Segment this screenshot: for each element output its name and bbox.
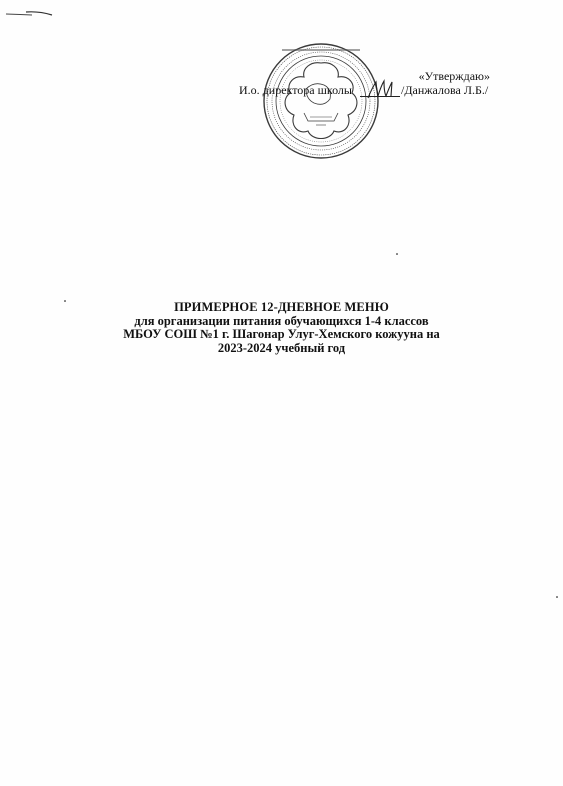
signer-name: /Данжалова Л.Б./: [401, 83, 488, 97]
signature-icon: [364, 78, 402, 100]
title-line-2: для организации питания обучающихся 1-4 …: [0, 315, 563, 329]
scan-speck: [556, 596, 558, 598]
title-line-3: МБОУ СОШ №1 г. Шагонар Улуг-Хемского кож…: [0, 328, 563, 342]
scan-speck: [64, 300, 66, 302]
pen-mark-icon: [4, 8, 54, 18]
document-page: «Утверждаю» И.о. директора школы /Данжал…: [0, 0, 563, 786]
scan-speck: [396, 253, 398, 255]
director-position: И.о. директора школы: [239, 83, 352, 97]
title-line-1: ПРИМЕРНОЕ 12-ДНЕВНОЕ МЕНЮ: [0, 301, 563, 315]
document-title: ПРИМЕРНОЕ 12-ДНЕВНОЕ МЕНЮ для организаци…: [0, 301, 563, 355]
stamp-seal-icon: [262, 41, 380, 161]
title-line-4: 2023-2024 учебный год: [0, 342, 563, 356]
approval-label: «Утверждаю»: [419, 69, 490, 83]
